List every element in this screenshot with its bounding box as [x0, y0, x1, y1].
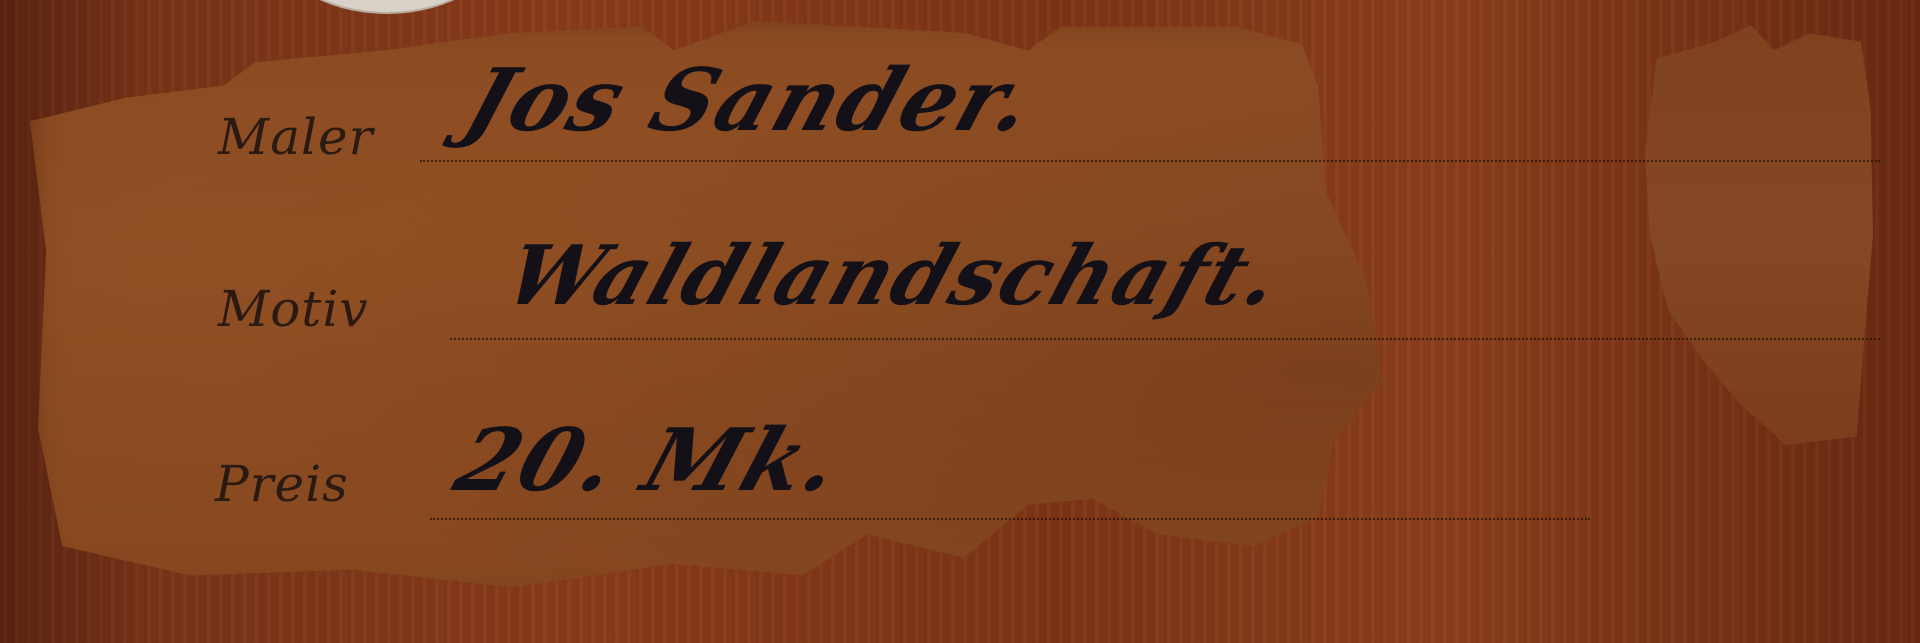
handwritten-painter: Jos Sander.: [454, 50, 1048, 151]
handwritten-price: 20. Mk.: [444, 410, 855, 511]
field-label-maler: Maler: [218, 108, 374, 166]
paper-label-fragment: [1645, 25, 1880, 445]
handwritten-motif: Waldlandschaft.: [494, 228, 1294, 324]
dotted-line-motiv: [450, 338, 1880, 340]
round-sticker-fragment: [270, 0, 504, 14]
dotted-line-maler: [420, 160, 1880, 162]
field-label-preis: Preis: [215, 455, 349, 513]
dotted-line-preis: [430, 518, 1590, 520]
field-label-motiv: Motiv: [218, 280, 369, 338]
